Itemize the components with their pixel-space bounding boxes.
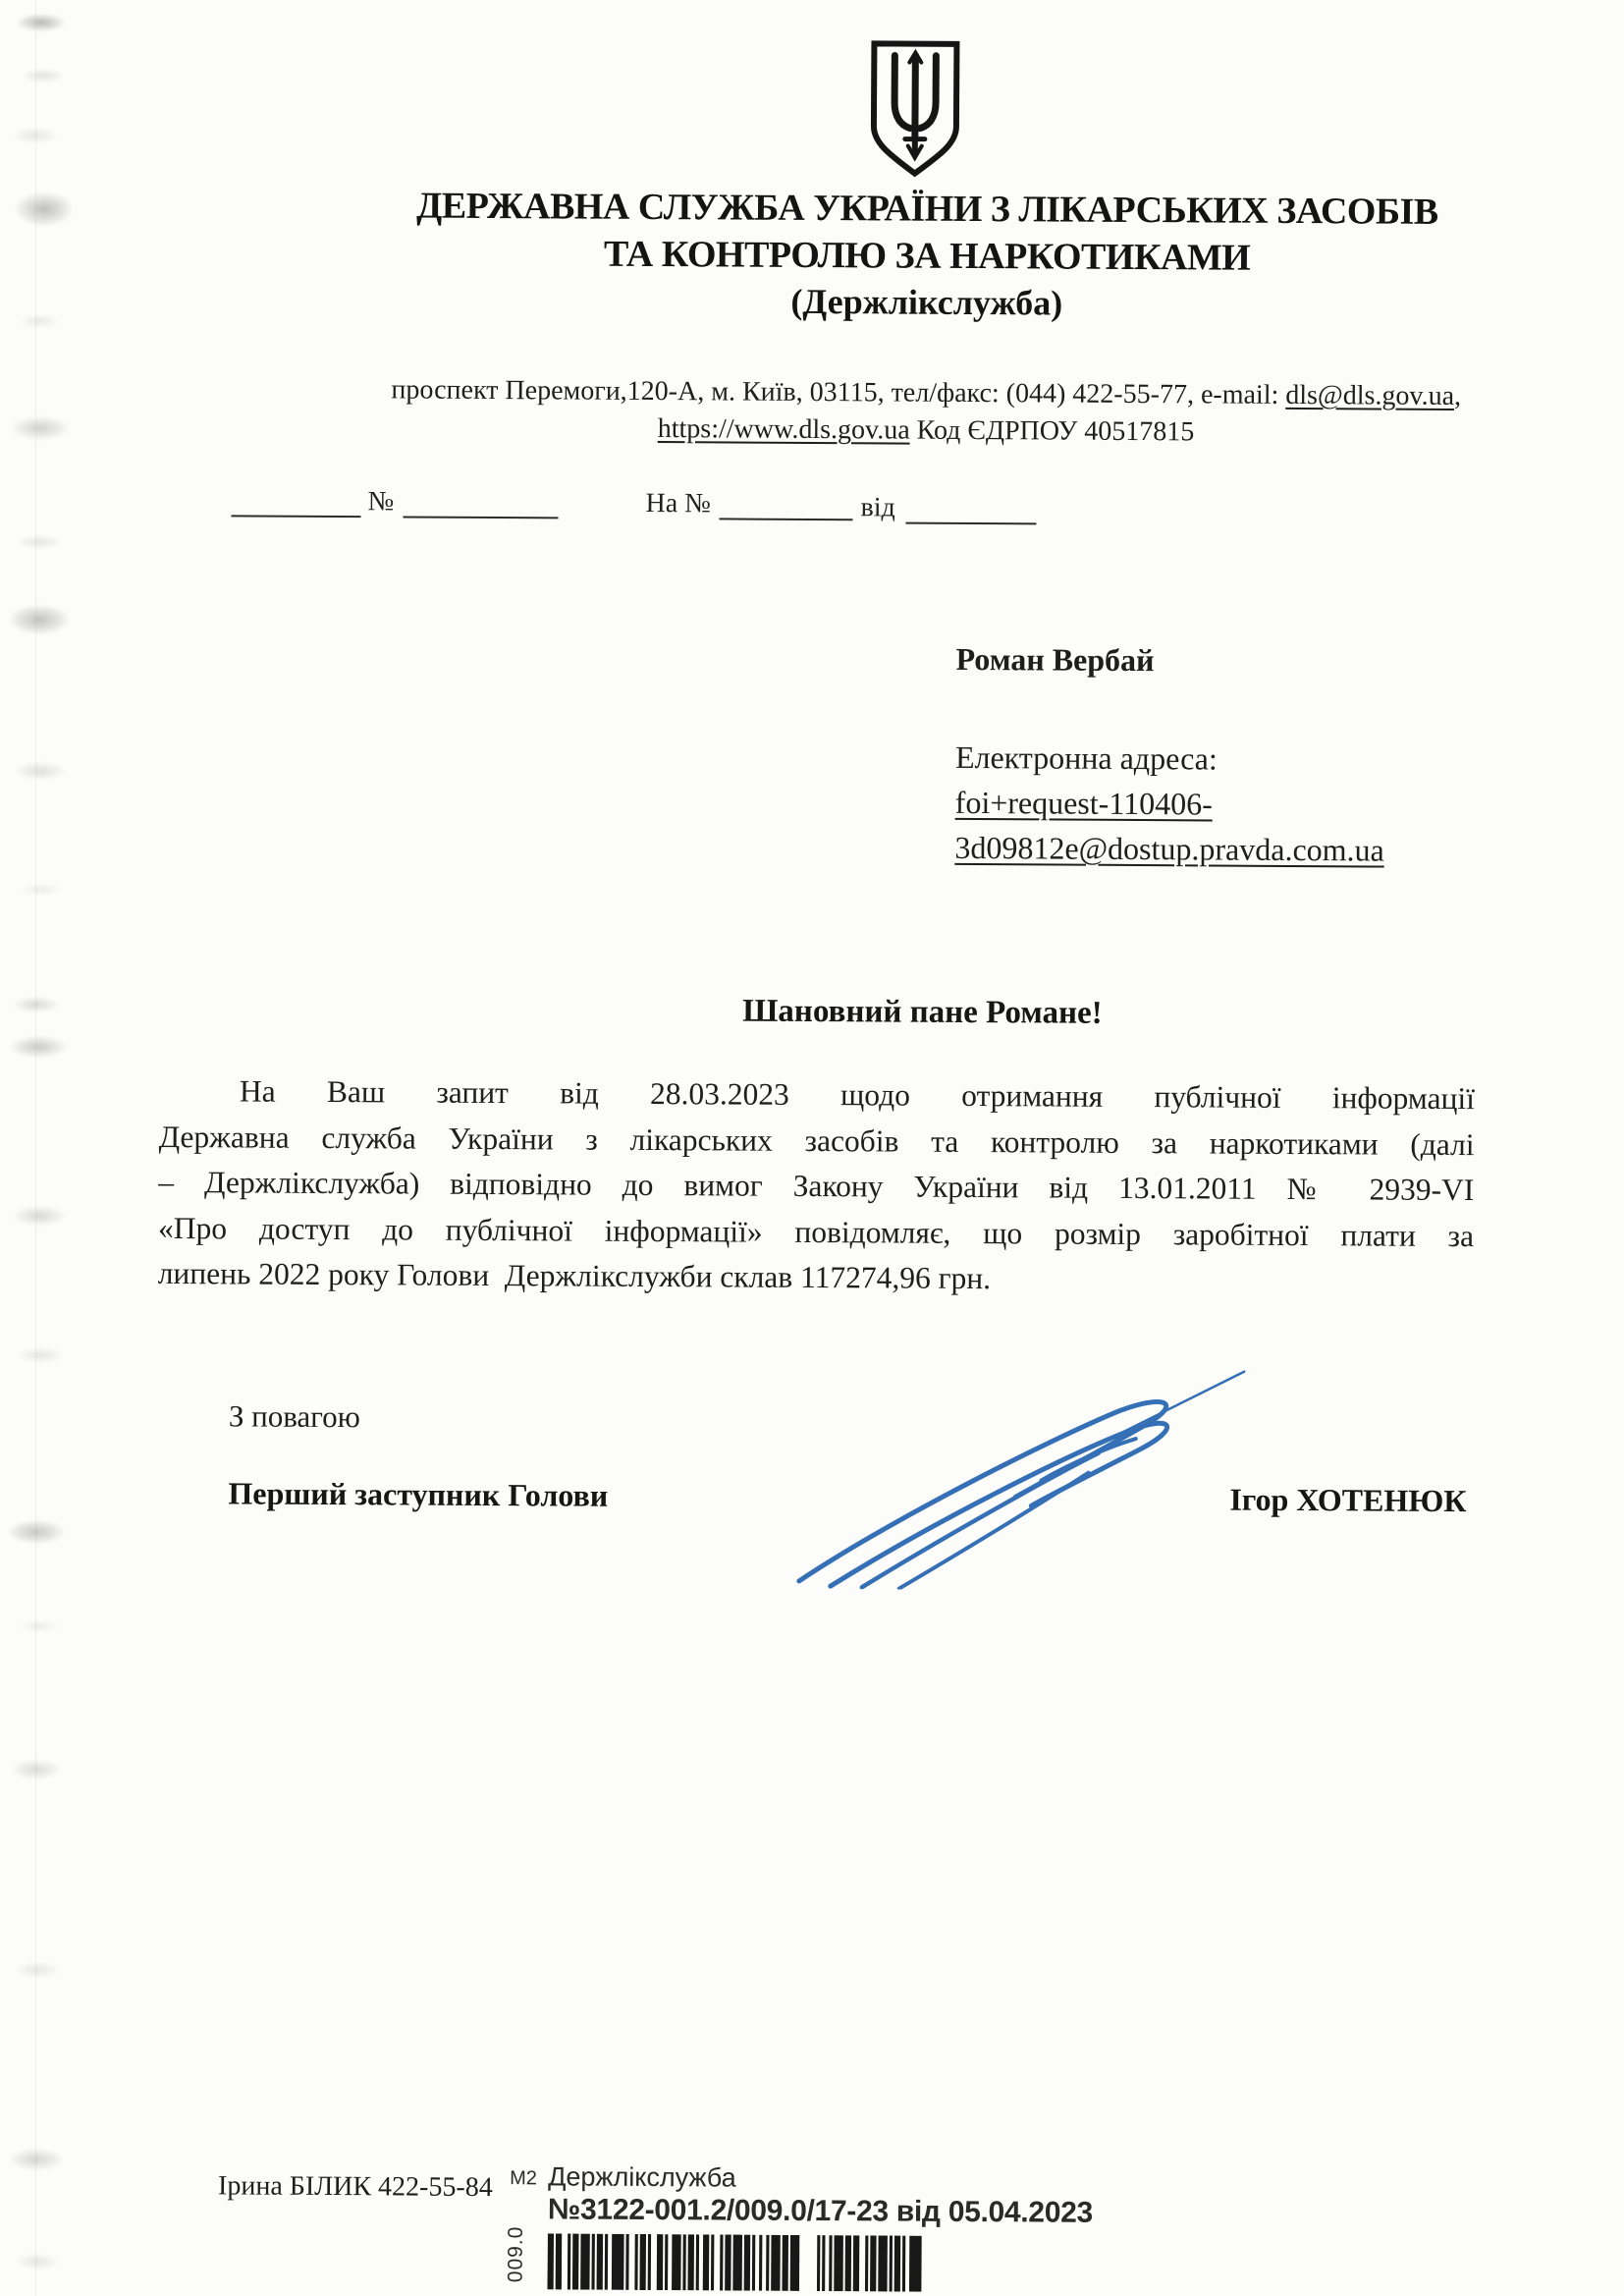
outgoing-number-blank <box>403 486 558 519</box>
reply-number-label: На № <box>645 488 711 519</box>
org-name-line1: ДЕРЖАВНА СЛУЖБА УКРАЇНИ З ЛІКАРСЬКИХ ЗАС… <box>225 183 1624 235</box>
recipient-email-label: Електронна адреса: <box>955 739 1218 778</box>
recipient-name: Роман Вербай <box>956 641 1155 679</box>
stamp-side-code: 009.0 <box>505 2226 528 2283</box>
org-name-line2: ТА КОНТРОЛЮ ЗА НАРКОТИКАМИ <box>225 230 1624 282</box>
org-web-line: https://www.dls.gov.ua Код ЄДРПОУ 405178… <box>224 410 1624 451</box>
signer-position: Перший заступник Голови <box>228 1475 608 1513</box>
stamp-org-name: Держлікслужба <box>548 2161 736 2193</box>
body-paragraph: На Ваш запит від 28.03.2023 щодо отриман… <box>158 1068 1475 1305</box>
scanned-letter-page: ДЕРЖАВНА СЛУЖБА УКРАЇНИ З ЛІКАРСЬКИХ ЗАС… <box>0 0 1624 2296</box>
org-short-name: (Держлікслужба) <box>225 277 1624 327</box>
reply-number-blank <box>719 488 852 520</box>
executor-line: Ірина БІЛИК 422-55-84 <box>218 2170 493 2204</box>
org-address: проспект Перемоги,120-А, м. Київ, 03115,… <box>391 374 1285 410</box>
body-line: – Держлікслужба) відповідно до вимог Зак… <box>158 1160 1474 1214</box>
ukraine-trident-emblem-icon <box>866 39 965 189</box>
org-email-link: dls@dls.gov.ua <box>1285 380 1454 411</box>
outgoing-date-blank <box>231 485 360 518</box>
barcode <box>547 2233 926 2296</box>
recipient-email-line1: foi+request-110406- <box>955 785 1213 823</box>
reply-date-blank <box>905 493 1036 525</box>
letter-content: ДЕРЖАВНА СЛУЖБА УКРАЇНИ З ЛІКАРСЬКИХ ЗАС… <box>0 0 1624 2296</box>
org-edrpou: Код ЄДРПОУ 40517815 <box>910 415 1195 448</box>
org-website-link: https://www.dls.gov.ua <box>658 413 910 446</box>
org-contact-line: проспект Перемоги,120-А, м. Київ, 03115,… <box>224 373 1624 413</box>
handwritten-signature <box>787 1361 1289 1597</box>
reply-date-label: від <box>860 492 894 523</box>
org-email-comma: , <box>1454 381 1461 411</box>
body-line: «Про доступ до публічної інформації» пов… <box>158 1205 1474 1259</box>
regards-line: З повагою <box>229 1398 360 1435</box>
stamp-doc-number: №3122-001.2/009.0/17-23 від 05.04.2023 <box>548 2193 1093 2229</box>
recipient-email-line2: 3d09812e@dostup.pravda.com.ua <box>954 830 1384 869</box>
stamp-m2: М2 <box>510 2167 537 2190</box>
body-line: Державна служба України з лікарських зас… <box>158 1114 1474 1168</box>
body-line: липень 2022 року Голови Держлікслужби ск… <box>158 1251 1474 1305</box>
outgoing-number-label: № <box>367 486 394 518</box>
salutation: Шановний пане Романе! <box>220 990 1624 1035</box>
body-line: На Ваш запит від 28.03.2023 щодо отриман… <box>159 1068 1475 1122</box>
